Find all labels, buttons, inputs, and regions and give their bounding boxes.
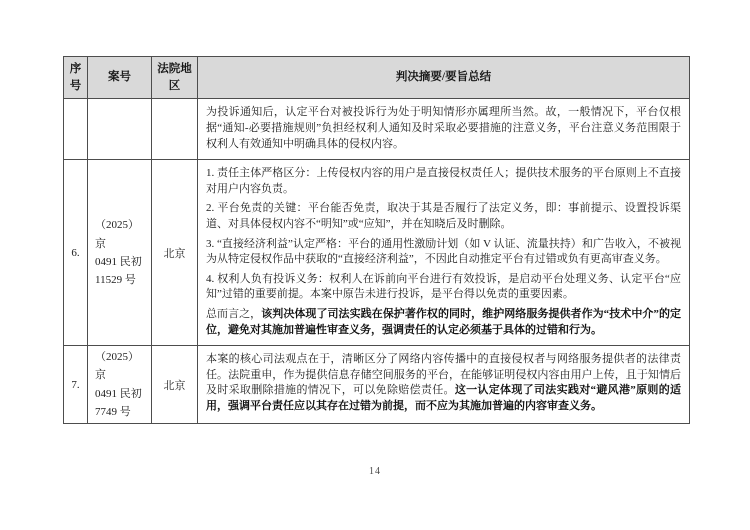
text-segment: 1. 责任主体严格区分：上传侵权内容的用户是直接侵权责任人；提供技术服务的平台原… [206,167,681,195]
case-number-cell: （2025）京 0491 民初 7749 号 [88,346,152,424]
case-number-cell: （2025）京 0491 民初 11529 号 [88,160,152,346]
summary-paragraph: 本案的核心司法观点在于，清晰区分了网络内容传播中的直接侵权者与网络服务提供者的法… [206,352,681,414]
summary-paragraph: 为投诉通知后，认定平台对被投诉行为处于明知情形亦属理所当然。故，一般情况下，平台… [206,105,681,152]
case-index-cell: 6. [64,160,88,346]
court-cell: 北京 [152,346,198,424]
court-cell [152,99,198,160]
summary-cell: 本案的核心司法观点在于，清晰区分了网络内容传播中的直接侵权者与网络服务提供者的法… [198,346,690,424]
col-header-court-region: 法院地区 [152,57,198,99]
summary-cell: 1. 责任主体严格区分：上传侵权内容的用户是直接侵权责任人；提供技术服务的平台原… [198,160,690,346]
text-segment: 该判决体现了司法实践在保护著作权的同时，维护网络服务提供者作为“技术中介”的定位… [206,308,681,336]
page-number: 14 [0,466,750,477]
col-header-case-no: 案号 [88,57,152,99]
summary-paragraph: 总而言之，该判决体现了司法实践在保护著作权的同时，维护网络服务提供者作为“技术中… [206,307,681,338]
summary-cell: 为投诉通知后，认定平台对被投诉行为处于明知情形亦属理所当然。故，一般情况下，平台… [198,99,690,160]
summary-paragraph: 1. 责任主体严格区分：上传侵权内容的用户是直接侵权责任人；提供技术服务的平台原… [206,166,681,197]
summary-paragraph: 2. 平台免责的关键：平台能否免责，取决于其是否履行了法定义务，即：事前提示、设… [206,201,681,232]
court-cell: 北京 [152,160,198,346]
case-table-body: 为投诉通知后，认定平台对被投诉行为处于明知情形亦属理所当然。故，一般情况下，平台… [64,99,690,423]
text-segment: 4. 权利人负有投诉义务：权利人在诉前向平台进行有效投诉，是启动平台处理义务、认… [206,273,681,301]
summary-paragraph: 4. 权利人负有投诉义务：权利人在诉前向平台进行有效投诉，是启动平台处理义务、认… [206,272,681,303]
text-segment: 3. “直接经济利益”认定严格：平台的通用性激励计划（如 V 认证、流量扶持）和… [206,238,681,266]
case-index-cell: 7. [64,346,88,424]
text-segment: 2. 平台免责的关键：平台能否免责，取决于其是否履行了法定义务，即：事前提示、设… [206,202,681,230]
case-index-cell [64,99,88,160]
text-segment: 为投诉通知后，认定平台对被投诉行为处于明知情形亦属理所当然。故，一般情况下，平台… [206,106,681,149]
table-row: 6.（2025）京 0491 民初 11529 号北京1. 责任主体严格区分：上… [64,160,690,346]
table-row: 7.（2025）京 0491 民初 7749 号北京本案的核心司法观点在于，清晰… [64,346,690,424]
case-number-cell [88,99,152,160]
case-summary-table: 序号 案号 法院地区 判决摘要/要旨总结 为投诉通知后，认定平台对被投诉行为处于… [63,56,690,424]
col-header-judgment-summary: 判决摘要/要旨总结 [198,57,690,99]
table-header-row: 序号 案号 法院地区 判决摘要/要旨总结 [64,57,690,99]
summary-paragraph: 3. “直接经济利益”认定严格：平台的通用性激励计划（如 V 认证、流量扶持）和… [206,237,681,268]
text-segment: 总而言之， [206,308,261,320]
table-row: 为投诉通知后，认定平台对被投诉行为处于明知情形亦属理所当然。故，一般情况下，平台… [64,99,690,160]
document-page: 序号 案号 法院地区 判决摘要/要旨总结 为投诉通知后，认定平台对被投诉行为处于… [0,0,750,530]
col-header-serial-no: 序号 [64,57,88,99]
